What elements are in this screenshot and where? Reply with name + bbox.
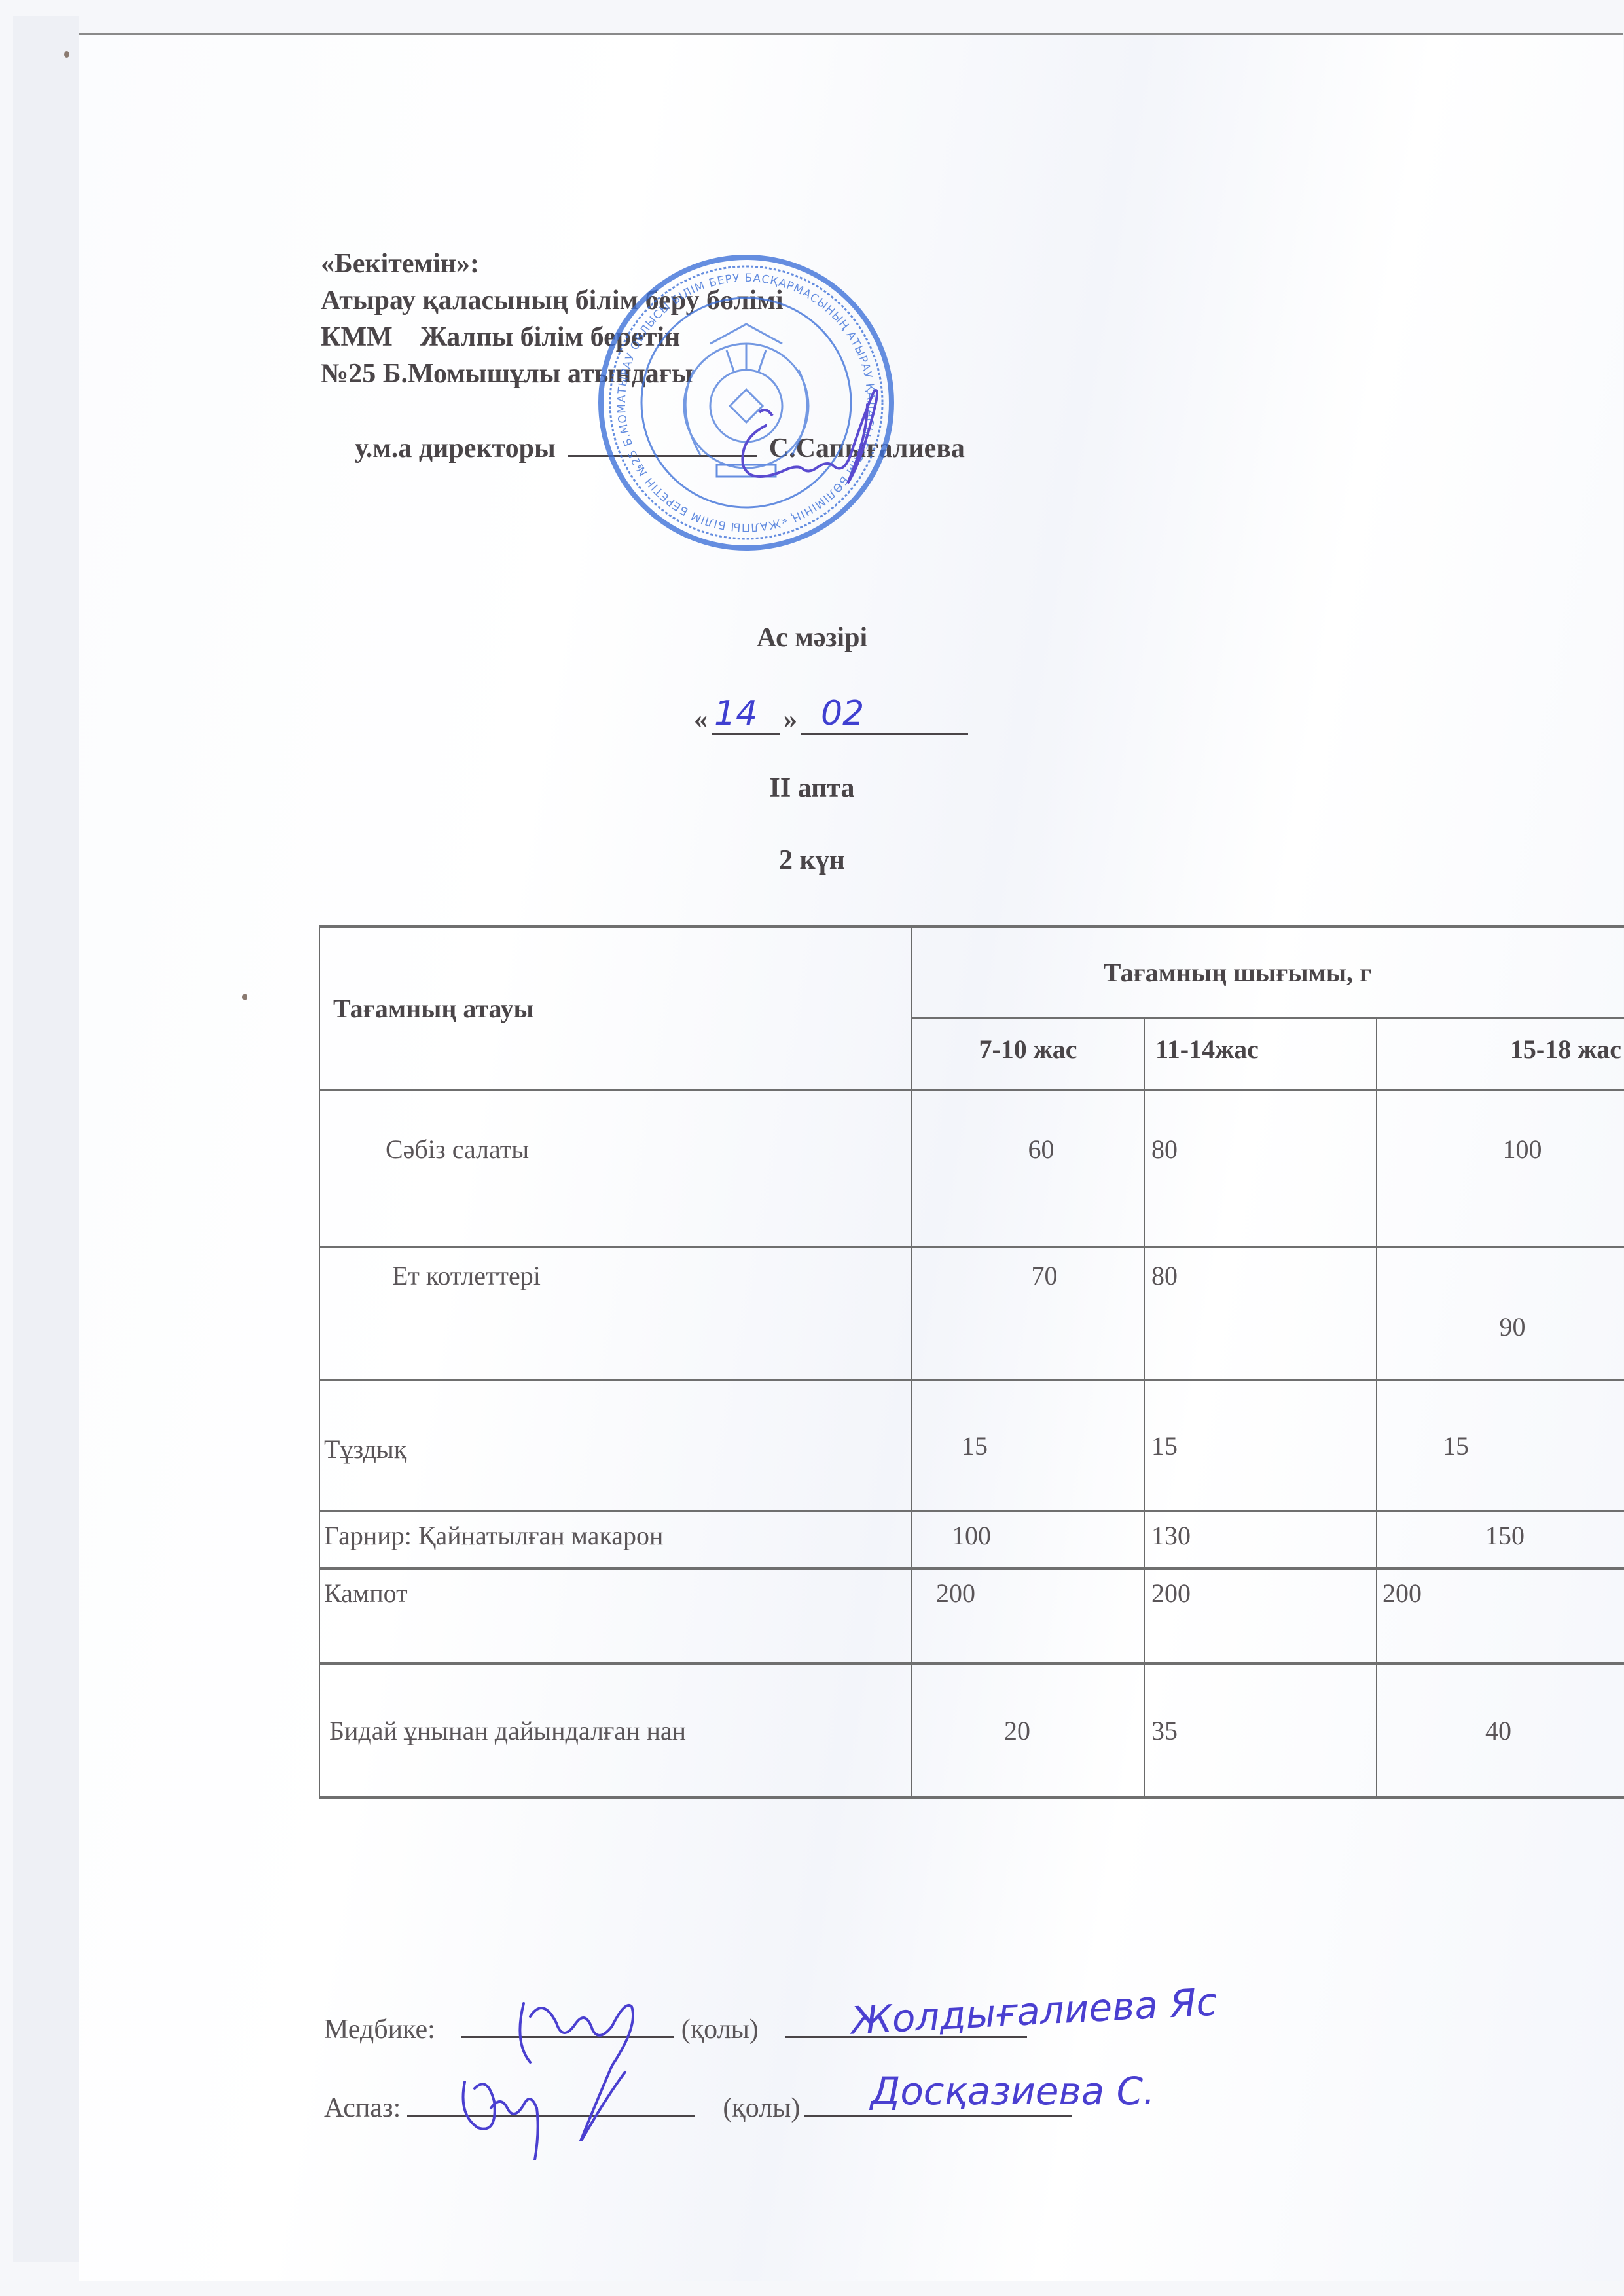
director-name: С.Сапығалиева — [769, 433, 965, 464]
dish-value-11-14: 80 — [1144, 1090, 1377, 1247]
approval-heading: «Бекітемін»: — [321, 246, 965, 282]
dish-value-11-14: 200 — [1144, 1569, 1377, 1664]
dish-value-11-14: 35 — [1144, 1664, 1377, 1798]
dish-value-15-18: 150 — [1377, 1511, 1624, 1569]
dish-value-7-10: 200 — [912, 1569, 1144, 1664]
approval-line-2: КММ Жалпы білім беретін — [321, 319, 965, 355]
table-row: Ет котлеттері 70 80 90 — [319, 1247, 1624, 1380]
menu-title: Ас мәзірі — [0, 622, 1624, 653]
dish-value-11-14: 80 — [1144, 1247, 1377, 1380]
dish-value-7-10: 100 — [912, 1511, 1144, 1569]
column-header-age-15-18: 15-18 жас — [1377, 1018, 1624, 1090]
dish-value-7-10: 70 — [912, 1247, 1144, 1380]
week-label: ІІ апта — [0, 773, 1624, 804]
dish-value-15-18: 100 — [1377, 1090, 1624, 1247]
director-signature-blank — [568, 429, 757, 457]
dish-name: Кампот — [319, 1569, 912, 1664]
page-shadow-strip — [13, 16, 79, 2262]
column-header-yield: Тағамның шығымы, г — [912, 926, 1624, 1018]
director-line: у.м.а директорыС.Сапығалиева — [321, 392, 965, 503]
approval-line-1: Атырау қаласының білім беру бөлімі — [321, 282, 965, 319]
date-month-field: 02 — [801, 694, 968, 735]
dish-value-11-14: 130 — [1144, 1511, 1377, 1569]
dish-value-15-18: 200 — [1377, 1569, 1624, 1664]
cook-signature-blank — [407, 2088, 695, 2117]
dish-name: Сәбіз салаты — [319, 1090, 912, 1247]
dish-value-7-10: 20 — [912, 1664, 1144, 1798]
dish-value-7-10: 60 — [912, 1090, 1144, 1247]
scan-speck — [242, 994, 247, 1000]
nurse-label: Медбике: — [324, 2014, 435, 2045]
dish-value-15-18: 40 — [1377, 1664, 1624, 1798]
dish-name: Бидай ұнынан дайындалған нан — [319, 1664, 912, 1798]
director-label: у.м.а директоры — [355, 433, 556, 464]
table-row: Кампот 200 200 200 — [319, 1569, 1624, 1664]
nurse-sign-label: (қолы) — [681, 2014, 759, 2045]
dish-name: Гарнир: Қайнатылған макарон — [319, 1511, 912, 1569]
cook-handwritten-name: Досқазиева С. — [871, 2069, 1155, 2113]
menu-table: Тағамның атауы Тағамның шығымы, г 7-10 ж… — [319, 925, 1624, 1799]
column-header-age-11-14: 11-14жас — [1144, 1018, 1377, 1090]
nurse-signature-blank — [461, 2010, 674, 2038]
dish-name: Ет котлеттері — [319, 1247, 912, 1380]
column-header-age-7-10: 7-10 жас — [912, 1018, 1144, 1090]
approval-line-3: №25 Б.Момышұлы атындағы — [321, 355, 965, 392]
approval-block: «Бекітемін»: Атырау қаласының білім беру… — [321, 246, 965, 503]
menu-date: « 14 » 02 — [694, 694, 968, 735]
dish-name: Тұздық — [319, 1380, 912, 1511]
dish-value-7-10: 15 — [912, 1380, 1144, 1511]
date-open-quote: « — [694, 704, 708, 735]
dish-value-11-14: 15 — [1144, 1380, 1377, 1511]
column-header-dish-name: Тағамның атауы — [319, 926, 912, 1090]
dish-value-15-18: 15 — [1377, 1380, 1624, 1511]
table-row: Бидай ұнынан дайындалған нан 20 35 40 — [319, 1664, 1624, 1798]
dish-value-15-18: 90 — [1377, 1247, 1624, 1380]
date-day-field: 14 — [712, 694, 780, 735]
table-row: Сәбіз салаты 60 80 100 — [319, 1090, 1624, 1247]
cook-sign-label: (қолы) — [723, 2093, 800, 2123]
cook-label: Аспаз: — [324, 2093, 401, 2123]
table-row: Тұздық 15 15 15 — [319, 1380, 1624, 1511]
table-row: Гарнир: Қайнатылған макарон 100 130 150 — [319, 1511, 1624, 1569]
day-label: 2 күн — [0, 845, 1624, 876]
scan-speck — [64, 51, 69, 58]
date-close-quote: » — [784, 704, 797, 735]
